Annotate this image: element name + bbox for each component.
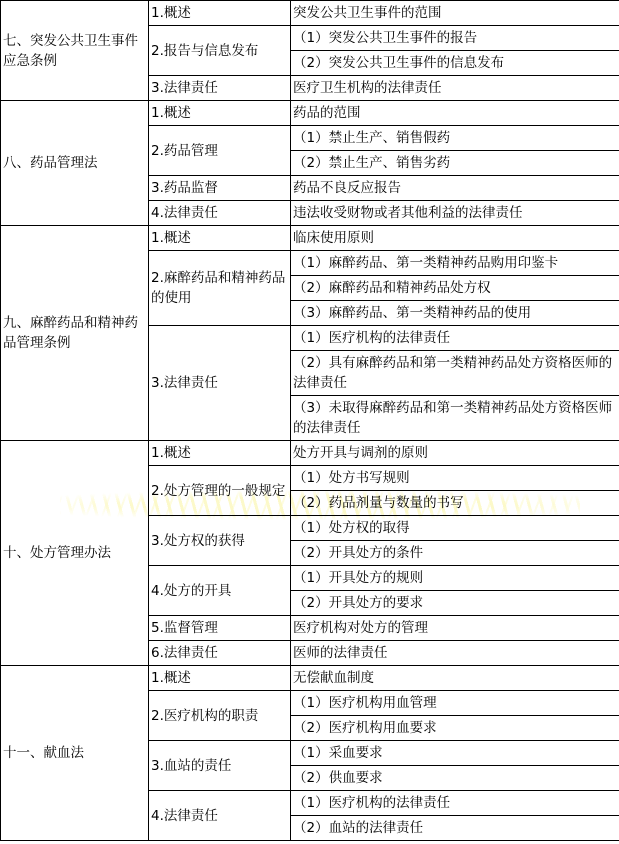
detail-cell: （2）禁止生产、销售劣药 — [291, 151, 619, 176]
table-row: 七、突发公共卫生事件应急条例1.概述突发公共卫生事件的范围 — [1, 1, 619, 26]
detail-cell: （2）血站的法律责任 — [291, 816, 619, 841]
detail-cell: 临床使用原则 — [291, 226, 619, 251]
detail-cell: （1）医疗机构的法律责任 — [291, 791, 619, 816]
subsection-cell: 2.药品管理 — [149, 126, 291, 176]
detail-cell: （2）供血要求 — [291, 766, 619, 791]
subsection-cell: 1.概述 — [149, 101, 291, 126]
detail-cell: （1）突发公共卫生事件的报告 — [291, 26, 619, 51]
subsection-cell: 3.处方权的获得 — [149, 516, 291, 566]
section-cell: 八、药品管理法 — [1, 101, 149, 226]
subsection-cell: 1.概述 — [149, 226, 291, 251]
subsection-cell: 2.处方管理的一般规定 — [149, 466, 291, 516]
detail-cell: 药品不良反应报告 — [291, 176, 619, 201]
subsection-cell: 4.法律责任 — [149, 201, 291, 226]
detail-cell: （2）药品剂量与数量的书写 — [291, 491, 619, 516]
syllabus-table: 七、突发公共卫生事件应急条例1.概述突发公共卫生事件的范围2.报告与信息发布（1… — [0, 0, 619, 841]
table-row: 八、药品管理法1.概述药品的范围 — [1, 101, 619, 126]
subsection-cell: 4.处方的开具 — [149, 566, 291, 616]
detail-cell: （1）处方权的取得 — [291, 516, 619, 541]
subsection-cell: 3.血站的责任 — [149, 741, 291, 791]
detail-cell: 医师的法律责任 — [291, 641, 619, 666]
syllabus-table-body: 七、突发公共卫生事件应急条例1.概述突发公共卫生事件的范围2.报告与信息发布（1… — [1, 1, 619, 841]
detail-cell: （1）医疗机构用血管理 — [291, 691, 619, 716]
subsection-cell: 3.法律责任 — [149, 326, 291, 441]
subsection-cell: 2.麻醉药品和精神药品的使用 — [149, 251, 291, 326]
detail-cell: （2）开具处方的要求 — [291, 591, 619, 616]
detail-cell: 突发公共卫生事件的范围 — [291, 1, 619, 26]
detail-cell: （1）处方书写规则 — [291, 466, 619, 491]
section-cell: 九、麻醉药品和精神药品管理条例 — [1, 226, 149, 441]
detail-cell: 医疗卫生机构的法律责任 — [291, 76, 619, 101]
detail-cell: 处方开具与调剂的原则 — [291, 441, 619, 466]
detail-cell: （1）禁止生产、销售假药 — [291, 126, 619, 151]
detail-cell: 医疗机构对处方的管理 — [291, 616, 619, 641]
section-cell: 七、突发公共卫生事件应急条例 — [1, 1, 149, 101]
subsection-cell: 3.法律责任 — [149, 76, 291, 101]
detail-cell: （1）采血要求 — [291, 741, 619, 766]
section-cell: 十、处方管理办法 — [1, 441, 149, 666]
subsection-cell: 6.法律责任 — [149, 641, 291, 666]
subsection-cell: 2.医疗机构的职责 — [149, 691, 291, 741]
table-row: 十、处方管理办法1.概述处方开具与调剂的原则 — [1, 441, 619, 466]
table-row: 十一、献血法1.概述无偿献血制度 — [1, 666, 619, 691]
table-row: 九、麻醉药品和精神药品管理条例1.概述临床使用原则 — [1, 226, 619, 251]
detail-cell: 违法收受财物或者其他利益的法律责任 — [291, 201, 619, 226]
detail-cell: 药品的范围 — [291, 101, 619, 126]
subsection-cell: 5.监督管理 — [149, 616, 291, 641]
subsection-cell: 3.药品监督 — [149, 176, 291, 201]
detail-cell: （2）麻醉药品和精神药品处方权 — [291, 276, 619, 301]
page: 七、突发公共卫生事件应急条例1.概述突发公共卫生事件的范围2.报告与信息发布（1… — [0, 0, 619, 844]
detail-cell: 无偿献血制度 — [291, 666, 619, 691]
subsection-cell: 4.法律责任 — [149, 791, 291, 841]
detail-cell: （1）医疗机构的法律责任 — [291, 326, 619, 351]
detail-cell: （2）具有麻醉药品和第一类精神药品处方资格医师的法律责任 — [291, 351, 619, 396]
detail-cell: （3）未取得麻醉药品和第一类精神药品处方资格医师的法律责任 — [291, 396, 619, 441]
detail-cell: （1）麻醉药品、第一类精神药品购用印鉴卡 — [291, 251, 619, 276]
detail-cell: （1）开具处方的规则 — [291, 566, 619, 591]
subsection-cell: 1.概述 — [149, 1, 291, 26]
detail-cell: （3）麻醉药品、第一类精神药品的使用 — [291, 301, 619, 326]
subsection-cell: 2.报告与信息发布 — [149, 26, 291, 76]
detail-cell: （2）医疗机构用血要求 — [291, 716, 619, 741]
subsection-cell: 1.概述 — [149, 441, 291, 466]
section-cell: 十一、献血法 — [1, 666, 149, 841]
detail-cell: （2）突发公共卫生事件的信息发布 — [291, 51, 619, 76]
detail-cell: （2）开具处方的条件 — [291, 541, 619, 566]
subsection-cell: 1.概述 — [149, 666, 291, 691]
